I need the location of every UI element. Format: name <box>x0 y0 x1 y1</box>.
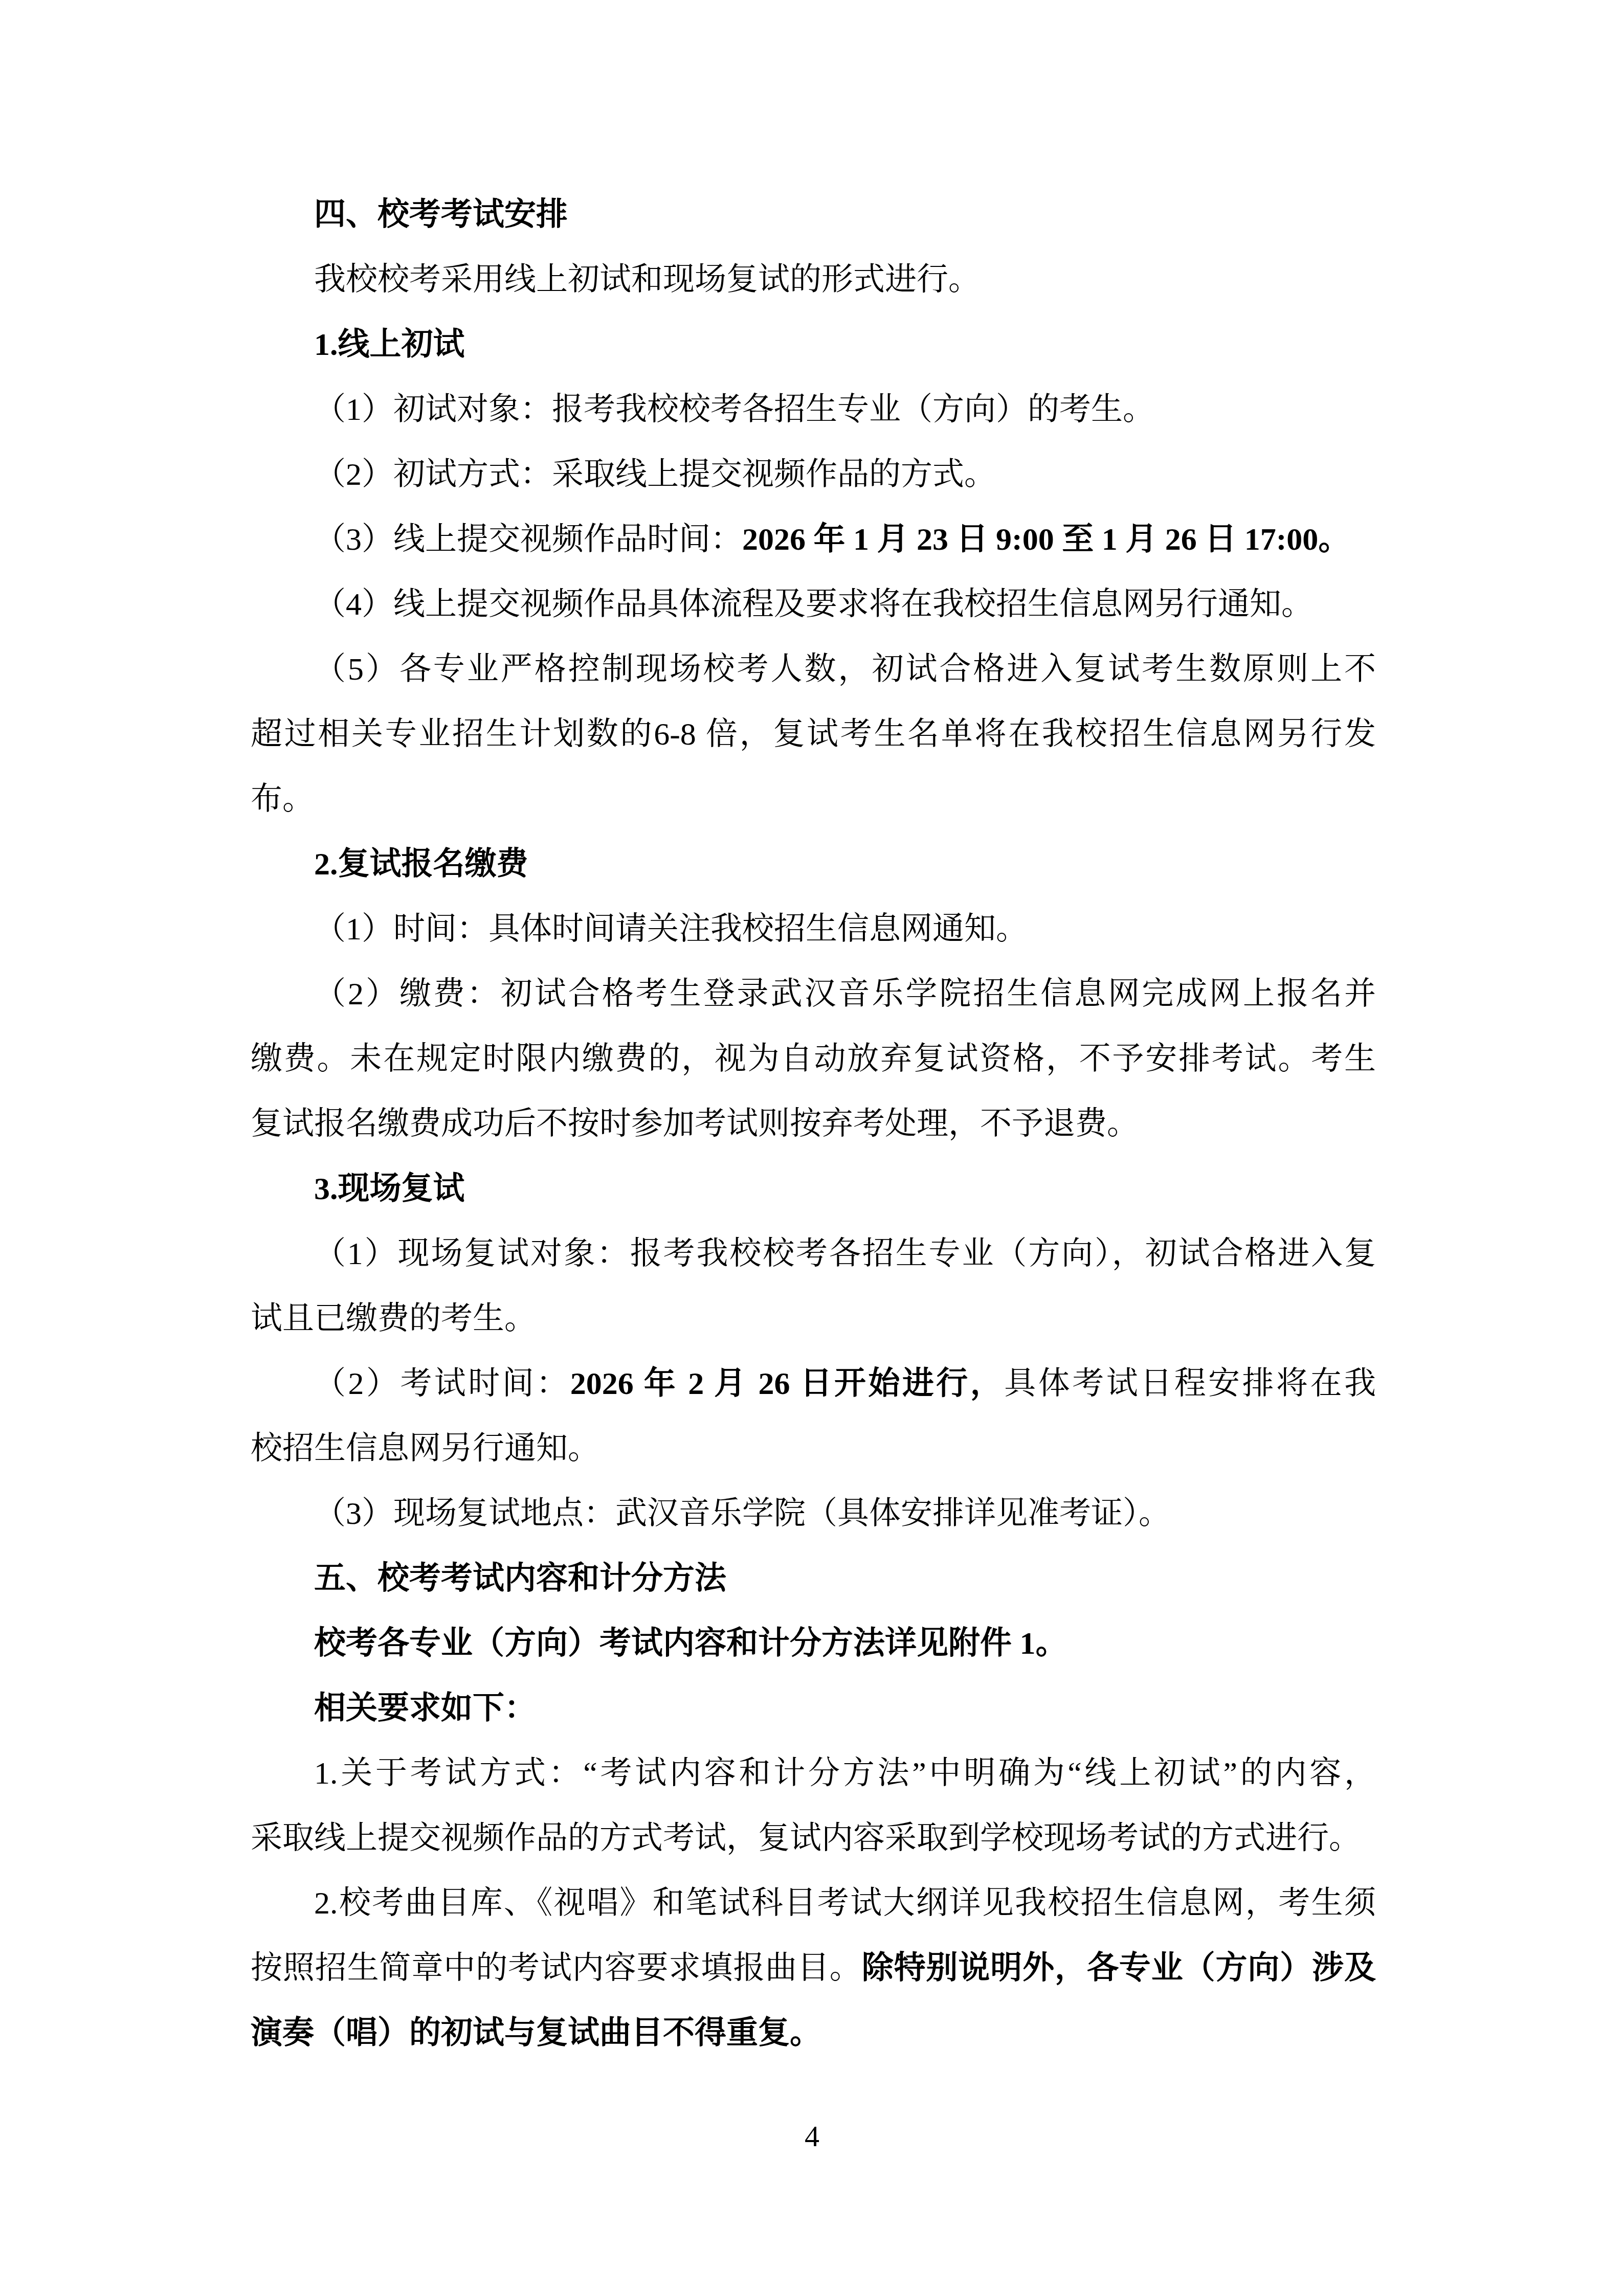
text-run: （4）线上提交视频作品具体流程及要求将在我校招生信息网另行通知。 <box>314 587 1313 622</box>
section-four-heading: 四、校考考试安排 <box>251 183 1376 247</box>
text-run: 具体考试日程安排将在我 <box>1004 1366 1376 1401</box>
bold-text-run: 除特别说明外，各专业（方向）涉及 <box>862 1951 1376 1986</box>
text-line: 相关要求如下： <box>251 1676 1376 1741</box>
bold-text-run: 相关要求如下： <box>314 1691 536 1726</box>
text-run: （1）时间：具体时间请关注我校招生信息网通知。 <box>314 912 1028 947</box>
bold-text-run: 五、校考考试内容和计分方法 <box>314 1561 726 1596</box>
text-line: 校招生信息网另行通知。 <box>251 1416 1376 1481</box>
text-line: 演奏（唱）的初试与复试曲目不得重复。 <box>251 2001 1376 2066</box>
text-line: （2）考试时间：2026 年 2 月 26 日开始进行，具体考试日程安排将在我 <box>251 1352 1376 1416</box>
text-run: 试且已缴费的考生。 <box>251 1301 536 1336</box>
bold-text-run: 演奏（唱）的初试与复试曲目不得重复。 <box>251 2016 821 2051</box>
text-run: （1）现场复试对象：报考我校校考各招生专业（方向），初试合格进入复 <box>314 1236 1376 1271</box>
text-run: （2）缴费：初试合格考生登录武汉音乐学院招生信息网完成网上报名并 <box>314 977 1376 1011</box>
text-line: （1）初试对象：报考我校校考各招生专业（方向）的考生。 <box>251 377 1376 442</box>
text-run: 1.关于考试方式：“考试内容和计分方法”中明确为“线上初试”的内容， <box>314 1756 1376 1791</box>
text-run: 缴费。未在规定时限内缴费的，视为自动放弃复试资格，不予安排考试。考生 <box>251 1042 1376 1076</box>
text-line: 试且已缴费的考生。 <box>251 1287 1376 1352</box>
subsection-3-heading: 3.现场复试 <box>251 1157 1376 1222</box>
bold-text-run: 1.线上初试 <box>314 327 465 362</box>
section-five-heading: 五、校考考试内容和计分方法 <box>251 1546 1376 1611</box>
text-run: 2.校考曲目库、《视唱》和笔试科目考试大纲详见我校招生信息网，考生须 <box>314 1886 1376 1921</box>
text-run: 布。 <box>251 782 314 817</box>
bold-text-run: 3.现场复试 <box>314 1172 465 1206</box>
text-run: 按照招生简章中的考试内容要求填报曲目。 <box>251 1951 862 1986</box>
text-run: （5）各专业严格控制现场校考人数，初试合格进入复试考生数原则上不 <box>314 652 1376 687</box>
text-run: 校招生信息网另行通知。 <box>251 1431 599 1466</box>
bold-text-run: 2.复试报名缴费 <box>314 847 528 882</box>
text-line: 1.关于考试方式：“考试内容和计分方法”中明确为“线上初试”的内容， <box>251 1741 1376 1806</box>
text-line: （2）初试方式：采取线上提交视频作品的方式。 <box>251 442 1376 507</box>
text-line: （5）各专业严格控制现场校考人数，初试合格进入复试考生数原则上不 <box>251 637 1376 702</box>
text-line: 采取线上提交视频作品的方式考试，复试内容采取到学校现场考试的方式进行。 <box>251 1806 1376 1871</box>
text-run: （1）初试对象：报考我校校考各招生专业（方向）的考生。 <box>314 392 1154 427</box>
text-run: 我校校考采用线上初试和现场复试的形式进行。 <box>314 262 980 297</box>
text-line: （2）缴费：初试合格考生登录武汉音乐学院招生信息网完成网上报名并 <box>251 962 1376 1027</box>
text-run: 复试报名缴费成功后不按时参加考试则按弃考处理，不予退费。 <box>251 1107 1139 1141</box>
text-line: 2.校考曲目库、《视唱》和笔试科目考试大纲详见我校招生信息网，考生须 <box>251 1871 1376 1936</box>
bold-text-run: 四、校考考试安排 <box>314 197 568 232</box>
bold-text-run: 校考各专业（方向）考试内容和计分方法详见附件 1。 <box>314 1626 1067 1661</box>
bold-text-run: 2026 年 2 月 26 日开始进行， <box>570 1366 1005 1401</box>
text-line: 按照招生简章中的考试内容要求填报曲目。除特别说明外，各专业（方向）涉及 <box>251 1936 1376 2001</box>
text-run: （2）考试时间： <box>314 1366 570 1401</box>
document-body: 四、校考考试安排我校校考采用线上初试和现场复试的形式进行。1.线上初试（1）初试… <box>251 183 1376 2066</box>
text-line: （1）时间：具体时间请关注我校招生信息网通知。 <box>251 897 1376 962</box>
page-number: 4 <box>0 2121 1624 2152</box>
text-line: 我校校考采用线上初试和现场复试的形式进行。 <box>251 247 1376 312</box>
text-line: 缴费。未在规定时限内缴费的，视为自动放弃复试资格，不予安排考试。考生 <box>251 1027 1376 1092</box>
text-line: （3）现场复试地点：武汉音乐学院（具体安排详见准考证）。 <box>251 1481 1376 1546</box>
text-run: （2）初试方式：采取线上提交视频作品的方式。 <box>314 457 996 492</box>
text-line: 超过相关专业招生计划数的6-8 倍，复试考生名单将在我校招生信息网另行发 <box>251 702 1376 767</box>
text-run: 超过相关专业招生计划数的6-8 倍，复试考生名单将在我校招生信息网另行发 <box>251 717 1376 752</box>
text-run: （3）线上提交视频作品时间： <box>314 522 742 557</box>
text-run: （3）现场复试地点：武汉音乐学院（具体安排详见准考证）。 <box>314 1496 1170 1531</box>
text-line: （3）线上提交视频作品时间：2026 年 1 月 23 日 9:00 至 1 月… <box>251 507 1376 572</box>
document-page: 四、校考考试安排我校校考采用线上初试和现场复试的形式进行。1.线上初试（1）初试… <box>0 0 1624 2296</box>
subsection-1-heading: 1.线上初试 <box>251 312 1376 377</box>
bold-text-run: 2026 年 1 月 23 日 9:00 至 1 月 26 日 17:00。 <box>742 522 1350 557</box>
subsection-2-heading: 2.复试报名缴费 <box>251 832 1376 897</box>
text-line: 校考各专业（方向）考试内容和计分方法详见附件 1。 <box>251 1611 1376 1676</box>
text-line: （1）现场复试对象：报考我校校考各招生专业（方向），初试合格进入复 <box>251 1222 1376 1287</box>
text-line: （4）线上提交视频作品具体流程及要求将在我校招生信息网另行通知。 <box>251 572 1376 637</box>
text-run: 采取线上提交视频作品的方式考试，复试内容采取到学校现场考试的方式进行。 <box>251 1821 1361 1856</box>
text-line: 复试报名缴费成功后不按时参加考试则按弃考处理，不予退费。 <box>251 1092 1376 1157</box>
text-line: 布。 <box>251 767 1376 832</box>
